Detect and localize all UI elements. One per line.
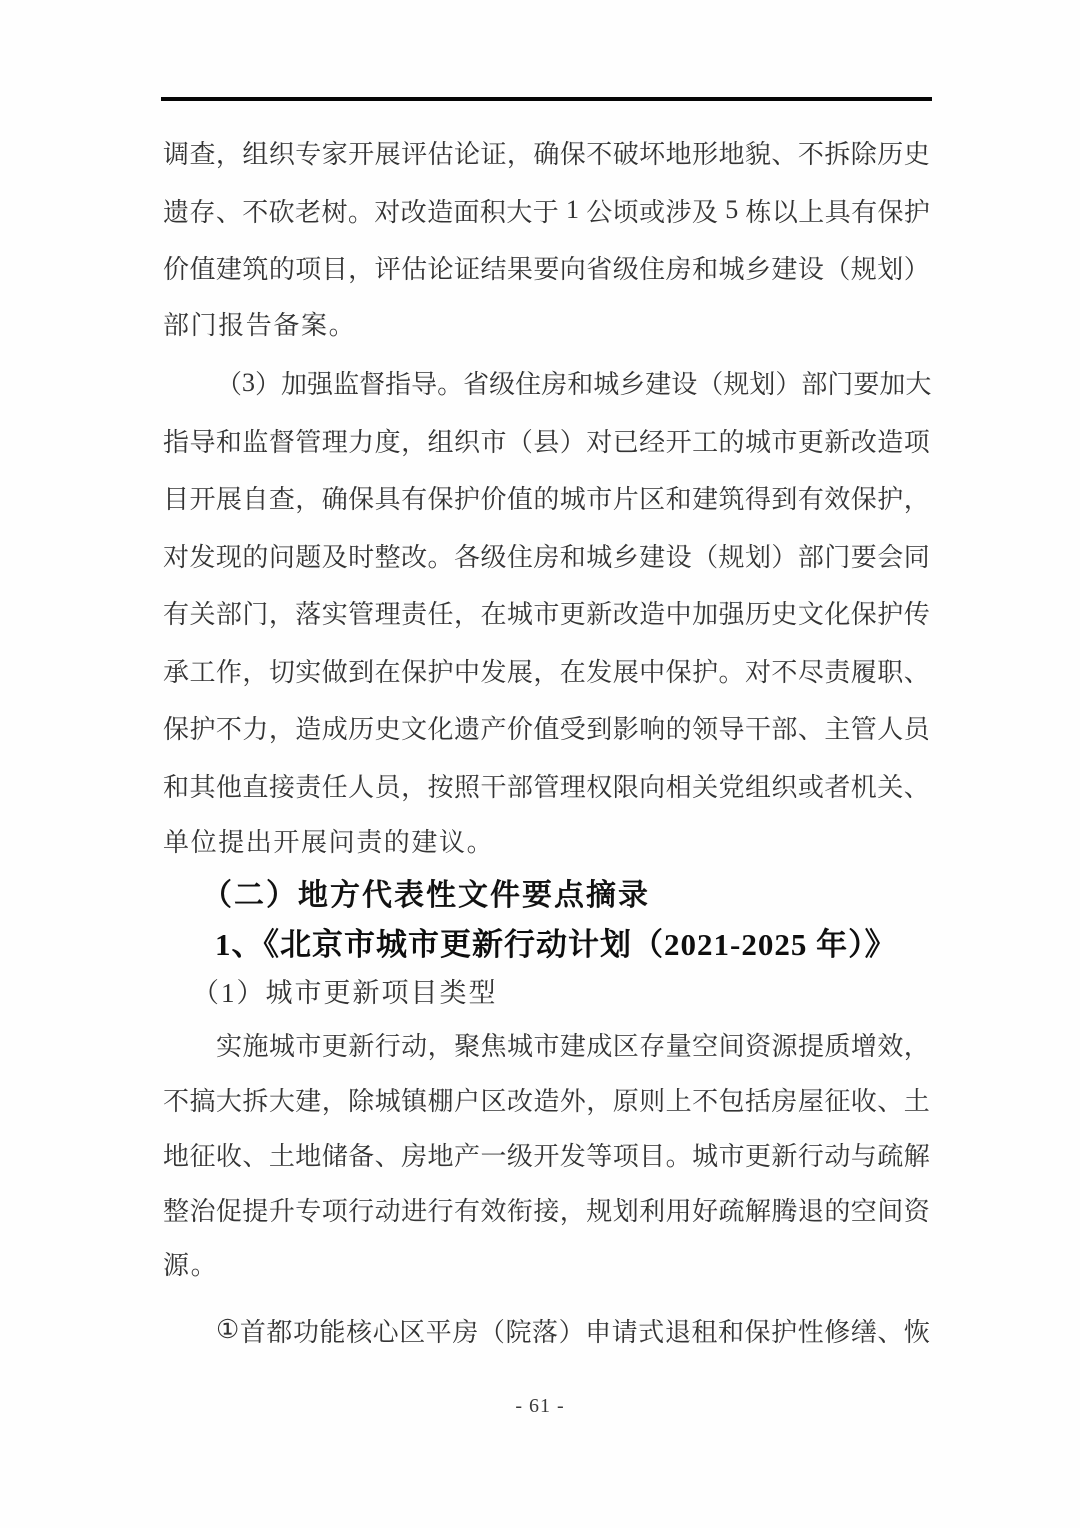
paragraph-line: 遗存、不砍老树。对改造面积大于 1 公顷或涉及 5 栋以上具有保护 <box>163 182 930 240</box>
sub-heading: （1）城市更新项目类型 <box>192 970 930 1017</box>
paragraph-line: 对发现的问题及时整改。各级住房和城乡建设（规划）部门要会同 <box>163 527 930 585</box>
paragraph-line: 源。 <box>163 1237 930 1292</box>
paragraph-line: 地征收、土地储备、房地产一级开发等项目。城市更新行动与疏解 <box>163 1127 930 1182</box>
paragraph-line: 目开展自查，确保具有保护价值的城市片区和建筑得到有效保护， <box>163 469 930 527</box>
paragraph-line: （3）加强监督指导。省级住房和城乡建设（规划）部门要加大 <box>163 354 930 412</box>
paragraph-line: 价值建筑的项目，评估论证结果要向省级住房和城乡建设（规划） <box>163 239 930 297</box>
paragraph-continued: 调查，组织专家开展评估论证，确保不破坏地形地貌、不拆除历史 遗存、不砍老树。对改… <box>163 124 930 354</box>
paragraph-line: 承工作，切实做到在保护中发展，在发展中保护。对不尽责履职、 <box>163 642 930 700</box>
spacer <box>163 1292 930 1302</box>
header-rule-line <box>161 97 932 101</box>
paragraph-line: 和其他直接责任人员，按照干部管理权限向相关党组织或者机关、 <box>163 757 930 815</box>
paragraph-core-area: ①首都功能核心区平房（院落）申请式退租和保护性修缮、恢 <box>163 1302 930 1360</box>
paragraph-line: 整治促提升专项行动进行有效衔接，规划利用好疏解腾退的空间资 <box>163 1182 930 1237</box>
document-title-heading: 1、《北京市城市更新行动计划（2021-2025 年）》 <box>215 920 930 970</box>
paragraph-line: 实施城市更新行动，聚焦城市建成区存量空间资源提质增效， <box>163 1017 930 1072</box>
paragraph-line: ①首都功能核心区平房（院落）申请式退租和保护性修缮、恢 <box>163 1302 930 1360</box>
paragraph-line: 保护不力，造成历史文化遗产价值受到影响的领导干部、主管人员 <box>163 699 930 757</box>
paragraph-line: 单位提出开展问责的建议。 <box>163 814 930 872</box>
section-heading: （二）地方代表性文件要点摘录 <box>202 872 930 920</box>
document-page: 调查，组织专家开展评估论证，确保不破坏地形地貌、不拆除历史 遗存、不砍老树。对改… <box>0 0 1080 1528</box>
paragraph-line: 部门报告备案。 <box>163 297 930 355</box>
paragraph-line: 有关部门，落实管理责任，在城市更新改造中加强历史文化保护传 <box>163 584 930 642</box>
page-body: 调查，组织专家开展评估论证，确保不破坏地形地貌、不拆除历史 遗存、不砍老树。对改… <box>163 124 930 1359</box>
paragraph-supervision: （3）加强监督指导。省级住房和城乡建设（规划）部门要加大 指导和监督管理力度，组… <box>163 354 930 872</box>
paragraph-line: 指导和监督管理力度，组织市（县）对已经开工的城市更新改造项 <box>163 412 930 470</box>
paragraph-line: 调查，组织专家开展评估论证，确保不破坏地形地貌、不拆除历史 <box>163 124 930 182</box>
page-number: - 61 - <box>0 1392 1080 1420</box>
paragraph-line: 不搞大拆大建，除城镇棚户区改造外，原则上不包括房屋征收、土 <box>163 1072 930 1127</box>
paragraph-project-types: 实施城市更新行动，聚焦城市建成区存量空间资源提质增效， 不搞大拆大建，除城镇棚户… <box>163 1017 930 1292</box>
